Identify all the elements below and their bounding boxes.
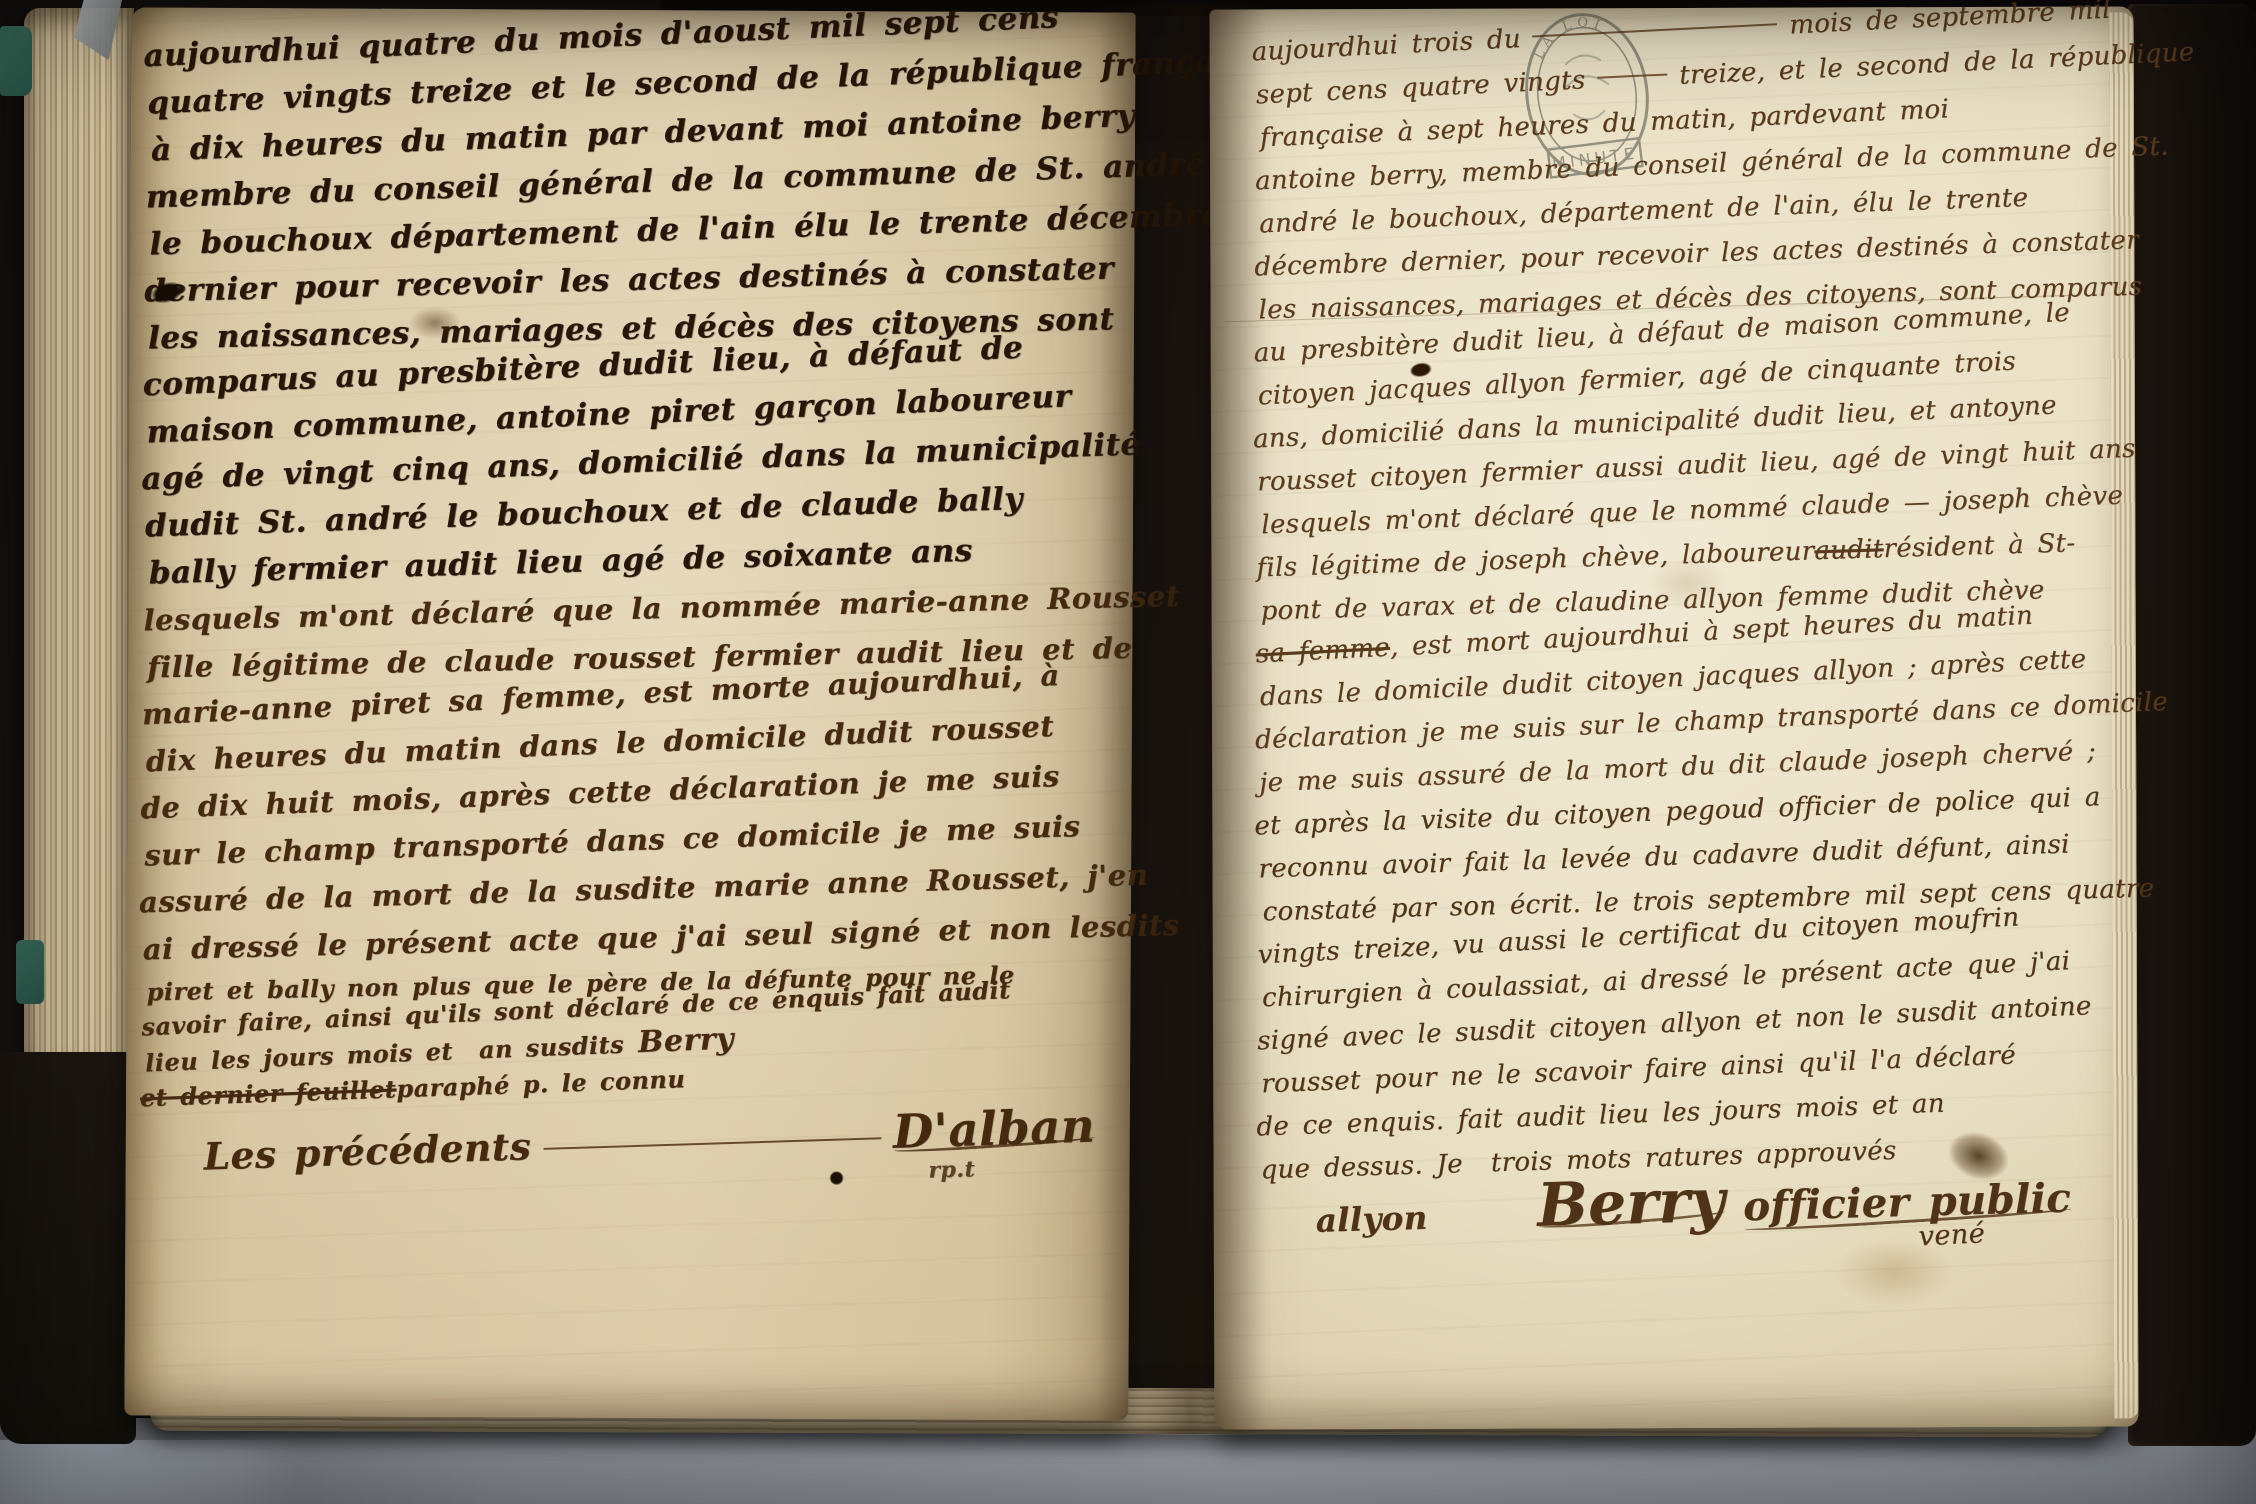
spacer [624,1052,638,1053]
book-cover-right [2128,4,2256,1446]
handwriting-segment: paraphé p. le connu [396,1064,686,1104]
left-page-text: aujourdhui quatre du mois d'aoust mil se… [125,7,1135,1217]
teal-cloth-fragment [16,940,44,1004]
paper-stain [1814,1227,1974,1318]
spacer [453,1058,479,1059]
handwriting-segment: lieu les jours mois et [145,1036,454,1078]
blank-filler-line [543,1137,881,1150]
handwriting-segment: Les précédents [203,1131,531,1171]
handwriting-segment: que dessus. Je [1260,1147,1463,1187]
handwriting-segment: résident à St- [1883,526,2076,566]
handwriting-segment: sept cens quatre vingts [1255,63,1586,112]
handwriting-segment: audit [1814,532,1884,568]
handwriting-segment: Berry [637,1024,734,1058]
book-cover-left-bottom [0,1052,136,1444]
handwriting-segment: D'alban [892,1111,1095,1155]
handwriting-segment: et dernier feuillet [139,1074,396,1113]
handwriting-segment: allyon [1315,1201,1428,1238]
left-page-stack-edges [24,8,134,1086]
spacer [1463,1171,1491,1172]
handwriting-segment: Berry [1537,1184,1726,1232]
paper-stain [1631,548,1741,618]
ink-blot [828,1169,846,1187]
photo-scene: aujourdhui quatre du mois d'aoust mil se… [0,0,2256,1504]
right-page-text: aujourdhui trois dumois de septembre mil… [1210,6,2138,1296]
blank-filler-line [1597,73,1667,78]
left-manuscript-page: aujourdhui quatre du mois d'aoust mil se… [124,7,1135,1420]
handwriting-segment: rp.t [928,1154,976,1185]
right-manuscript-page: LA LOI MINUTE aujourdhui trois dumois de… [1210,6,2139,1429]
handwriting-segment: sa femme [1255,631,1391,672]
ink-stain [400,301,470,345]
handwriting-segment: an susdits [478,1030,624,1066]
blank-filler-line [1533,23,1778,37]
handwriting-segment: mois de septembre mil [1788,0,2111,43]
table-sheen [0,1440,300,1504]
handwriting-segment: aujourdhui trois du [1251,22,1522,69]
teal-cloth-fragment [0,26,32,96]
spacer [1428,1226,1538,1229]
